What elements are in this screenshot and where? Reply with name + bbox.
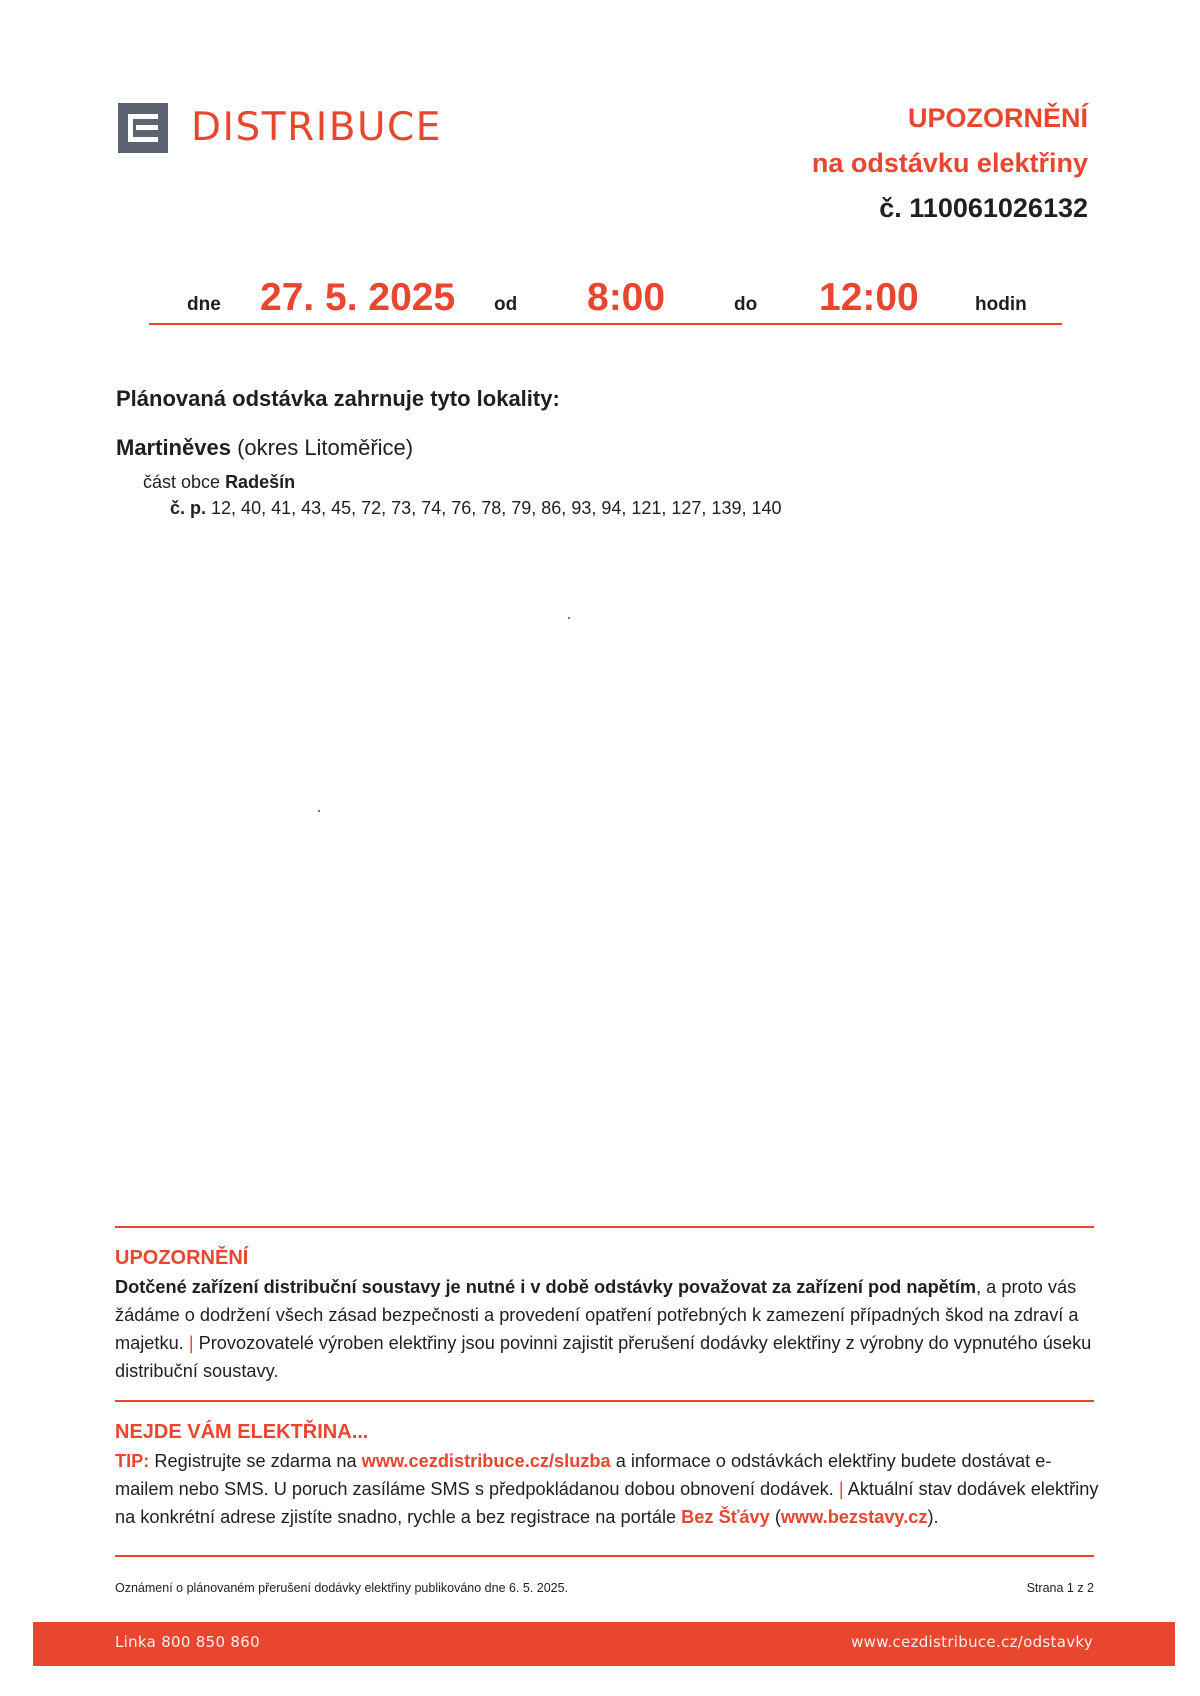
notice-number: č. 110061026132: [812, 186, 1088, 231]
hours-label: hodin: [975, 294, 1027, 316]
tip-separator: |: [839, 1479, 844, 1499]
brand-name: DISTRIBUCE: [191, 101, 442, 155]
warning-separator: |: [189, 1333, 194, 1353]
cez-logo-icon: [118, 103, 168, 153]
house-numbers-list: 12, 40, 41, 43, 45, 72, 73, 74, 76, 78, …: [211, 498, 781, 518]
locality-part: část obce Radešín: [143, 472, 295, 493]
tip-title: NEJDE VÁM ELEKTŘINA...: [115, 1421, 368, 1444]
outages-website-link[interactable]: www.cezdistribuce.cz/odstavky: [851, 1633, 1093, 1651]
logo-e-bar: [136, 125, 158, 130]
tip-text-1: Registrujte se zdarma na: [154, 1451, 356, 1471]
section-divider: [115, 1400, 1094, 1402]
section-divider: [115, 1555, 1094, 1557]
bezstavy-link[interactable]: www.bezstavy.cz: [781, 1507, 928, 1527]
hotline-number: Linka 800 850 860: [115, 1633, 260, 1651]
notice-title-block: UPOZORNĚNÍ na odstávku elektřiny č. 1100…: [812, 96, 1088, 231]
house-numbers: č. p. 12, 40, 41, 43, 45, 72, 73, 74, 76…: [170, 498, 782, 519]
part-name: Radešín: [225, 472, 295, 492]
town-name: Martiněves: [116, 435, 231, 460]
outage-date: 27. 5. 2025: [260, 276, 455, 320]
town-district: (okres Litoměřice): [237, 435, 413, 460]
warning-text: Dotčené zařízení distribuční soustavy je…: [115, 1273, 1100, 1385]
house-numbers-label: č. p.: [170, 498, 206, 518]
warning-text-2: Provozovatelé výroben elektřiny jsou pov…: [115, 1333, 1091, 1381]
page-indicator: Strana 1 z 2: [1027, 1581, 1094, 1595]
part-label: část obce: [143, 472, 220, 492]
warning-title: UPOZORNĚNÍ: [115, 1247, 248, 1270]
notice-title: UPOZORNĚNÍ: [812, 96, 1088, 141]
from-label: od: [494, 294, 517, 316]
portal-name-link[interactable]: Bez Šťávy: [681, 1507, 770, 1527]
footer-bar: Linka 800 850 860 www.cezdistribuce.cz/o…: [33, 1622, 1175, 1666]
schedule-row: dne 27. 5. 2025 od 8:00 do 12:00 hodin: [149, 270, 1062, 324]
tip-text: TIP: Registrujte se zdarma na www.cezdis…: [115, 1447, 1100, 1531]
paren-close: ).: [927, 1507, 938, 1527]
date-label: dne: [187, 294, 221, 316]
scan-speck: [318, 810, 320, 812]
warning-bold-text: Dotčené zařízení distribuční soustavy je…: [115, 1277, 976, 1297]
tip-label: TIP:: [115, 1451, 149, 1471]
outage-end-time: 12:00: [819, 276, 919, 320]
notice-subtitle: na odstávku elektřiny: [812, 141, 1088, 186]
locality-town: Martiněves (okres Litoměřice): [116, 435, 413, 461]
section-divider: [115, 1226, 1094, 1228]
scan-speck: [568, 617, 570, 619]
localities-heading: Plánovaná odstávka zahrnuje tyto lokalit…: [116, 386, 560, 412]
service-link[interactable]: www.cezdistribuce.cz/sluzba: [362, 1451, 611, 1471]
publication-note: Oznámení o plánovaném přerušení dodávky …: [115, 1581, 568, 1595]
to-label: do: [734, 294, 757, 316]
outage-start-time: 8:00: [587, 276, 665, 320]
schedule-underline: [149, 323, 1062, 325]
